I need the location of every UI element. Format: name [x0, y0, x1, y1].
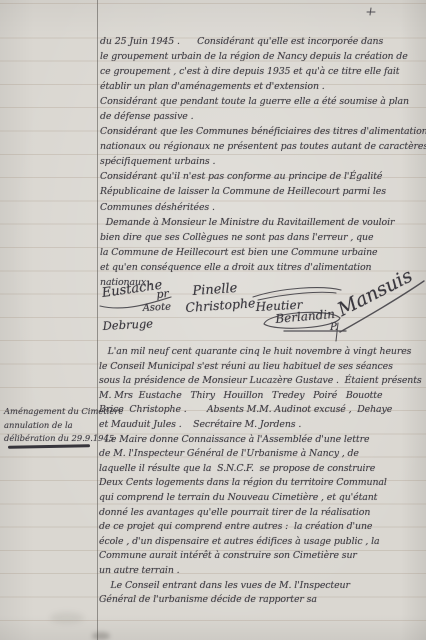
handwriting-line: Considérant qu'il n'est pas conforme au … — [100, 169, 426, 184]
handwriting-line: Brice Christophe . Absents M.M. Audinot … — [99, 403, 422, 418]
handwriting-line: un autre terrain . — [99, 564, 422, 579]
signature: Debruge — [102, 316, 153, 333]
handwriting-line: de défense passive . — [100, 109, 426, 124]
handwriting-line: Considérant que les Communes bénéficiair… — [100, 124, 426, 139]
handwriting-line: laquelle il résulte que la S.N.C.F. se p… — [99, 462, 422, 477]
handwriting-line: M. Mrs Eustache Thiry Houillon Tredey Po… — [99, 389, 422, 404]
handwriting-line: le Conseil Municipal s'est réuni au lieu… — [99, 360, 422, 375]
handwriting-line: école , d'un dispensaire et autres édifi… — [99, 535, 422, 550]
manuscript-page: du 25 Juin 1945 . Considérant qu'elle es… — [0, 0, 426, 640]
handwriting-line: établir un plan d'aménagements et d'exte… — [100, 79, 426, 94]
handwriting-line: Deux Cents logements dans la région du t… — [99, 476, 422, 491]
deliberation-text: du 25 Juin 1945 . Considérant qu'elle es… — [100, 34, 426, 290]
paper-smudge — [92, 632, 110, 640]
paper-smudge — [50, 612, 84, 624]
handwriting-line: de ce projet qui comprend entre autres :… — [99, 520, 422, 535]
handwriting-line: du 25 Juin 1945 . Considérant qu'elle es… — [100, 34, 426, 49]
handwriting-line: bien dire que ses Collègues ne sont pas … — [100, 230, 426, 245]
handwriting-line: Républicaine de laisser la Commune de He… — [100, 184, 426, 199]
session-text: L'an mil neuf cent quarante cinq le huit… — [99, 345, 422, 608]
handwriting-line: Communes déshéritées . — [100, 200, 426, 215]
handwriting-line: Le Maire donne Connaissance à l'Assemblé… — [99, 433, 422, 448]
handwriting-line: nationaux ou régionaux ne présentent pas… — [100, 139, 426, 154]
handwriting-line: donné les avantages qu'elle pourrait tir… — [99, 506, 422, 521]
handwriting-line: Considérant que pendant toute la guerre … — [100, 94, 426, 109]
signature: Asote — [142, 302, 171, 314]
handwriting-line: ce groupement , c'est à dire depuis 1935… — [100, 64, 426, 79]
handwriting-line: L'an mil neuf cent quarante cinq le huit… — [99, 345, 422, 360]
handwriting-line: qui comprend le terrain du Nouveau Cimet… — [99, 491, 422, 506]
handwriting-line: la Commune de Heillecourt est bien une C… — [100, 245, 426, 260]
handwriting-line: et Mauduit Jules . Secrétaire M. Jordens… — [99, 418, 422, 433]
handwriting-line: sous la présidence de Monsieur Lucazère … — [99, 374, 422, 389]
margin-rule-line — [97, 0, 98, 640]
handwriting-line: de M. l'Inspecteur Général de l'Urbanism… — [99, 447, 422, 462]
handwriting-line: Général de l'urbanisme décide de rapport… — [99, 593, 422, 608]
handwriting-line: et qu'en conséquence elle a droit aux ti… — [100, 260, 426, 275]
handwriting-line: Le Conseil entrant dans les vues de M. l… — [99, 579, 422, 594]
signature: P. — [330, 322, 338, 333]
handwriting-line: le groupement urbain de la région de Nan… — [100, 49, 426, 64]
handwriting-line: Demande à Monsieur le Ministre du Ravita… — [100, 215, 426, 230]
signature: pr — [156, 287, 169, 301]
handwriting-line: spécifiquement urbains . — [100, 154, 426, 169]
handwriting-line: Commune aurait intérêt à construire son … — [99, 549, 422, 564]
